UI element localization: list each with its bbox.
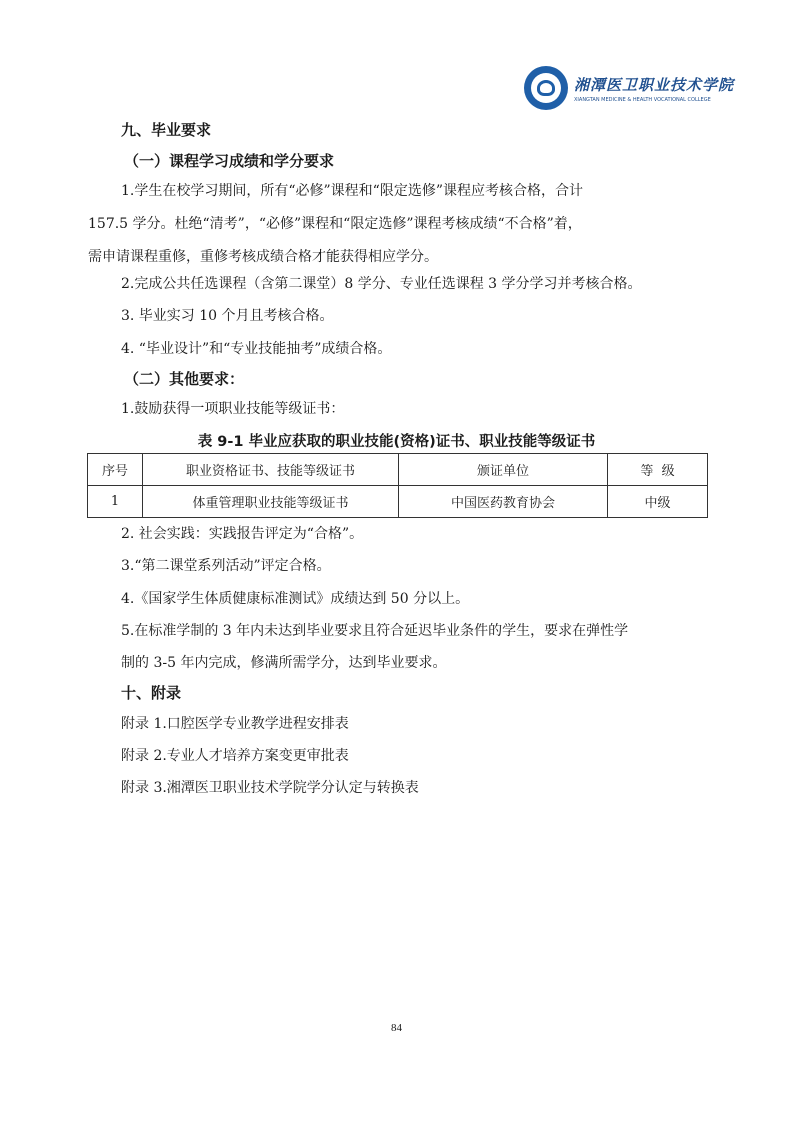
table-caption: 表 9-1 毕业应获取的职业技能(资格)证书、职业技能等级证书 [0, 430, 793, 451]
cell-issuer: 中国医药教育协会 [399, 486, 608, 518]
other-item-3: 3.“第二课堂系列活动”评定合格。 [121, 555, 331, 575]
paragraph-1-line-1: 1.学生在校学习期间，所有“必修”课程和“限定选修”课程应考核合格，合计 [121, 180, 583, 200]
other-item-5-line-2: 制的 3-5 年内完成，修满所需学分，达到毕业要求。 [121, 652, 446, 672]
cell-level: 中级 [608, 486, 708, 518]
cell-index: 1 [88, 486, 143, 518]
section-9-heading: 九、毕业要求 [121, 119, 211, 140]
other-item-4: 4.《国家学生体质健康标准测试》成绩达到 50 分以上。 [121, 588, 469, 608]
header-cell-level: 等 级 [608, 454, 708, 486]
college-logo: 湘潭医卫职业技术学院 XIANGTAN MEDICINE & HEALTH VO… [524, 64, 709, 112]
header-cell-issuer: 颁证单位 [399, 454, 608, 486]
cell-certificate: 体重管理职业技能等级证书 [143, 486, 399, 518]
page-number: 84 [0, 1022, 793, 1034]
header-cell-index: 序号 [88, 454, 143, 486]
table-header-row: 序号 职业资格证书、技能等级证书 颁证单位 等 级 [88, 454, 708, 486]
certificate-table: 序号 职业资格证书、技能等级证书 颁证单位 等 级 1 体重管理职业技能等级证书… [87, 453, 708, 518]
subsection-1-heading: （一）课程学习成绩和学分要求 [124, 150, 334, 171]
table-row: 1 体重管理职业技能等级证书 中国医药教育协会 中级 [88, 486, 708, 518]
other-item-2: 2. 社会实践：实践报告评定为“合格”。 [121, 523, 363, 543]
logo-english-name: XIANGTAN MEDICINE & HEALTH VOCATIONAL CO… [574, 97, 734, 103]
other-item-5-line-1: 5.在标准学制的 3 年内未达到毕业要求且符合延迟毕业条件的学生，要求在弹性学 [121, 620, 628, 640]
appendix-item-1: 附录 1.口腔医学专业教学进程安排表 [121, 713, 349, 733]
section-10-heading: 十、附录 [121, 682, 181, 703]
appendix-item-2: 附录 2.专业人才培养方案变更审批表 [121, 745, 349, 765]
paragraph-3: 3. 毕业实习 10 个月且考核合格。 [121, 305, 334, 325]
paragraph-4: 4. “毕业设计”和“专业技能抽考”成绩合格。 [121, 338, 391, 358]
appendix-item-3: 附录 3.湘潭医卫职业技术学院学分认定与转换表 [121, 777, 419, 797]
paragraph-1-line-3: 需申请课程重修，重修考核成绩合格才能获得相应学分。 [88, 246, 438, 266]
paragraph-1-line-2: 157.5 学分。杜绝“清考”，“必修”课程和“限定选修”课程考核成绩“不合格”… [88, 213, 582, 233]
header-cell-certificate: 职业资格证书、技能等级证书 [143, 454, 399, 486]
college-emblem-icon [524, 66, 568, 110]
logo-chinese-name: 湘潭医卫职业技术学院 [574, 74, 734, 95]
paragraph-2: 2.完成公共任选课程（含第二课堂）8 学分、专业任选课程 3 学分学习并考核合格… [121, 273, 642, 293]
other-item-1: 1.鼓励获得一项职业技能等级证书： [121, 398, 344, 418]
subsection-2-heading: （二）其他要求： [124, 368, 244, 389]
